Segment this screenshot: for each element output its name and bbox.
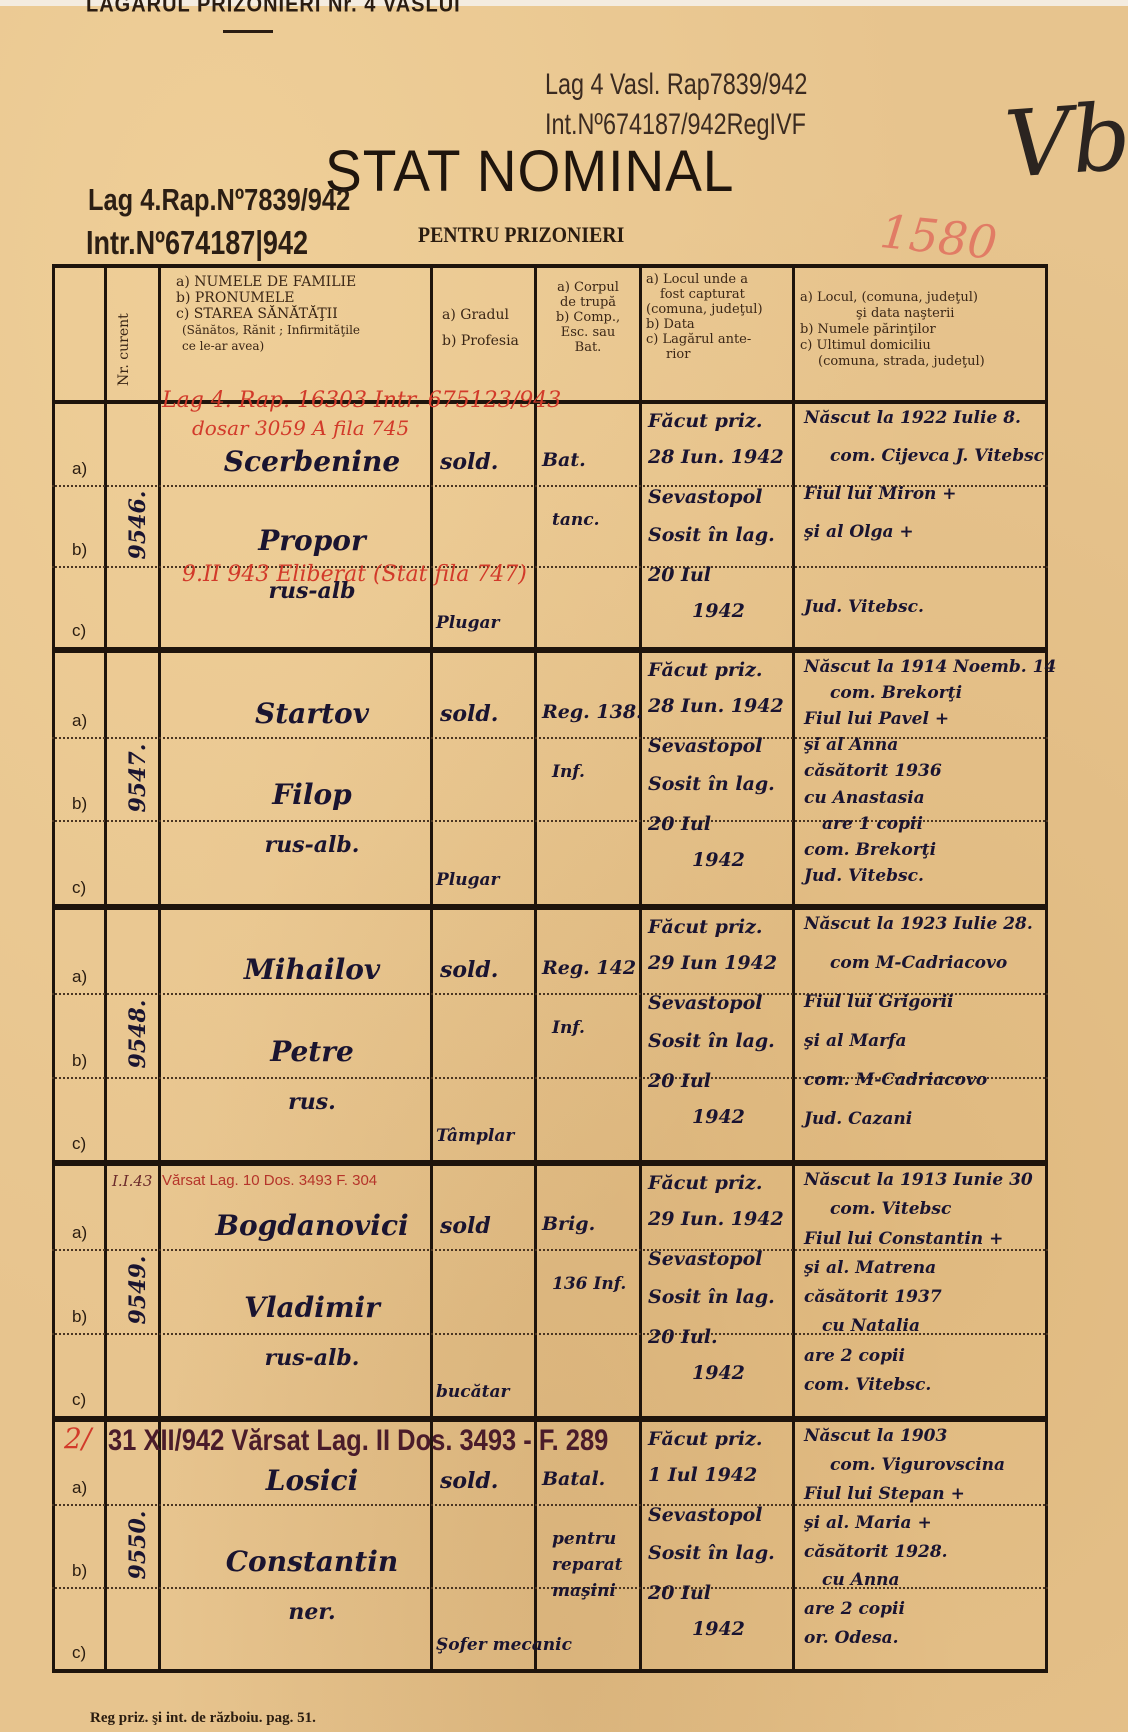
header-line: b) Profesia — [442, 328, 519, 354]
profession: bucătar — [436, 1382, 536, 1402]
birth-line: Născut la 1923 Iulie 28. — [804, 914, 1033, 934]
header-rank-col: a) Gradul b) Profesia — [442, 302, 519, 354]
rank: sold. — [440, 701, 498, 727]
surname: Bogdanovici — [202, 1209, 422, 1242]
capture-line: 20 Iul — [648, 1582, 711, 1604]
birth-line: Născut la 1913 Iunie 30 — [804, 1170, 1033, 1190]
row-divider — [52, 1160, 1048, 1166]
page-title: STAT NOMINAL — [325, 138, 734, 205]
header-line: b) PRONUMELE — [176, 290, 426, 306]
header-nr-curent: Nr. curent — [116, 313, 132, 386]
birth-line: Născut la 1914 Noemb. 14 — [804, 657, 1056, 677]
sub-label: b) — [72, 794, 87, 814]
birth-line: cu Anna — [822, 1570, 900, 1590]
header-line: rior — [646, 347, 792, 362]
birth-line: Fiul lui Constantin + — [804, 1229, 1003, 1249]
sub-label: a) — [72, 1223, 87, 1243]
capture-line: 1942 — [692, 849, 745, 871]
surname: Losici — [202, 1464, 422, 1497]
birth-line: cu Anastasia — [804, 788, 925, 808]
capture-line: 20 Iul — [648, 813, 711, 835]
sub-label: c) — [72, 1643, 86, 1663]
red-annotation: 2/ — [64, 1422, 91, 1455]
header-line: (Sănătos, Rănit ; Infirmităţile — [176, 322, 426, 338]
capture-line: Făcut priz. — [648, 916, 763, 938]
stamp-line-2: Int.Nº674187/942RegIVF — [545, 108, 806, 142]
birth-line: com. Brekorţi — [830, 683, 962, 703]
capture-line: 1 Iul 1942 — [648, 1464, 757, 1486]
sub-label: a) — [72, 967, 87, 987]
col-line — [1045, 264, 1048, 1673]
capture-line: 28 Iun. 1942 — [648, 446, 784, 468]
header-line: a) Gradul — [442, 302, 519, 328]
capture-line: 29 Iun. 1942 — [648, 1208, 784, 1230]
margin-handwritten-note: VbO — [1002, 78, 1128, 199]
table-border-top — [52, 264, 1048, 268]
header-line: b) Numele părinţilor — [800, 322, 1046, 338]
birth-line: căsătorit 1937 — [804, 1287, 942, 1307]
capture-line: Sevastopol — [648, 1248, 762, 1270]
row-divider — [52, 904, 1048, 910]
birth-line: Fiul lui Grigorii — [804, 992, 954, 1012]
birth-line: Jud. Vitebsc. — [804, 866, 924, 886]
birth-line: Născut la 1922 Iulie 8. — [804, 408, 1021, 428]
sub-label: c) — [72, 621, 86, 641]
red-sheet-number: 1580 — [877, 204, 999, 270]
header-underline — [223, 30, 273, 33]
header-line: a) Locul unde a — [646, 272, 792, 287]
profession: Plugar — [436, 613, 536, 633]
sub-label: b) — [72, 1307, 87, 1327]
header-line: c) Ultimul domiciliu — [800, 338, 1046, 354]
birth-line: are 2 copii — [804, 1346, 905, 1366]
surname: Scerbenine — [202, 445, 422, 478]
red-annotation: I.I.43 — [112, 1172, 152, 1190]
red-annotation: Lag 4. Rap. 16303 Intr. 675123/943 — [162, 388, 561, 413]
capture-line: Sevastopol — [648, 735, 762, 757]
capture-line: 28 Iun. 1942 — [648, 695, 784, 717]
birth-line: şi al Olga + — [804, 522, 914, 542]
birth-line: com. M-Cadriacovo — [804, 1070, 987, 1090]
surname: Startov — [202, 697, 422, 730]
sub-label: c) — [72, 1134, 86, 1154]
sub-label: a) — [72, 1478, 87, 1498]
header-line: Esc. sau — [542, 325, 634, 340]
birth-line: căsătorit 1928. — [804, 1542, 948, 1562]
unit-corps: Reg. 138. — [542, 701, 643, 723]
sub-label: c) — [72, 878, 86, 898]
unit-corps: Reg. 142 — [542, 957, 636, 979]
unit-company: Inf. — [552, 759, 638, 785]
camp-header: LAGĂRUL PRIZONIERI Nr. 4 VASLUI — [86, 0, 461, 18]
capture-line: Sosit în lag. — [648, 524, 775, 546]
rank: sold — [440, 1213, 491, 1239]
health-status: ner. — [202, 1599, 422, 1625]
red-annotation: dosar 3059 A fila 745 — [192, 416, 409, 440]
header-birth-col: a) Locul, (comuna, judeţul) şi data naşt… — [800, 290, 1046, 370]
capture-line: Sosit în lag. — [648, 1030, 775, 1052]
birth-line: are 1 copii — [822, 814, 923, 834]
header-line: a) NUMELE DE FAMILIE — [176, 274, 426, 290]
col-line — [430, 264, 433, 1673]
birth-line: cu Natalia — [822, 1316, 920, 1336]
capture-line: 29 Iun 1942 — [648, 952, 777, 974]
rank: sold. — [440, 957, 498, 983]
health-status: rus. — [202, 1089, 422, 1115]
header-line: Bat. — [542, 340, 634, 355]
col-line — [104, 264, 107, 1673]
stamp-line-1: Lag 4 Vasl. Rap7839/942 — [545, 68, 807, 102]
header-capture-col: a) Locul unde a fost capturat (comuna, j… — [646, 272, 792, 362]
first-name: Vladimir — [202, 1291, 422, 1324]
header-line: şi data naşterii — [800, 306, 1046, 322]
lag-reference-2: Intr.Nº674187|942 — [86, 224, 308, 262]
capture-line: 20 Iul — [648, 564, 711, 586]
col-line — [792, 264, 795, 1673]
red-annotation: 9.II 943 Eliberat (Stat fila 747) — [182, 562, 527, 587]
first-name: Constantin — [202, 1545, 422, 1578]
sub-label: c) — [72, 1390, 86, 1410]
birth-line: Născut la 1903 — [804, 1426, 947, 1446]
col-line — [534, 264, 537, 1673]
row-number: 9547. — [125, 738, 151, 818]
birth-line: şi al Marfa — [804, 1031, 906, 1051]
first-name: Petre — [202, 1035, 422, 1068]
birth-line: Fiul lui Stepan + — [804, 1484, 965, 1504]
header-name-col: a) NUMELE DE FAMILIE b) PRONUMELE c) STA… — [176, 274, 426, 354]
birth-line: Jud. Cazani — [804, 1109, 912, 1129]
col-line — [52, 264, 55, 1673]
unit-company: Inf. — [552, 1015, 638, 1041]
unit-corps: Brig. — [542, 1213, 595, 1235]
row-number: 9548. — [125, 994, 151, 1074]
birth-line: căsătorit 1936 — [804, 761, 942, 781]
capture-line: Sevastopol — [648, 992, 762, 1014]
transfer-stamp: 31 XII/942 Vărsat Lag. II Dos. 3493 - F.… — [108, 1424, 608, 1458]
header-line: fost capturat — [646, 287, 792, 302]
capture-line: Sosit în lag. — [648, 1286, 775, 1308]
birth-line: Fiul lui Pavel + — [804, 709, 949, 729]
capture-line: Făcut priz. — [648, 1172, 763, 1194]
header-line: a) Locul, (comuna, judeţul) — [800, 290, 1046, 306]
row-dotted-line — [52, 1504, 1048, 1506]
first-name: Propor — [202, 524, 422, 557]
row-number: 9546. — [125, 485, 151, 565]
capture-line: 1942 — [692, 600, 745, 622]
header-line: de trupă — [542, 295, 634, 310]
rank: sold. — [440, 1468, 498, 1494]
birth-line: şi al. Matrena — [804, 1258, 936, 1278]
sub-label: b) — [72, 1561, 87, 1581]
capture-line: Făcut priz. — [648, 1428, 763, 1450]
header-line: (comuna, strada, judeţul) — [800, 354, 1046, 370]
capture-line: Sevastopol — [648, 1504, 762, 1526]
capture-line: 1942 — [692, 1618, 745, 1640]
capture-line: Sosit în lag. — [648, 773, 775, 795]
row-dotted-line — [52, 737, 1048, 739]
unit-company: tanc. — [552, 507, 638, 533]
capture-line: Făcut priz. — [648, 410, 763, 432]
unit-company: 136 Inf. — [552, 1271, 638, 1297]
birth-line: com. Vitebsc. — [804, 1375, 931, 1395]
capture-line: Făcut priz. — [648, 659, 763, 681]
birth-line: com. Vitebsc — [830, 1199, 951, 1219]
header-line: (comuna, judeţul) — [646, 302, 792, 317]
birth-line: Fiul lui Miron + — [804, 484, 957, 504]
birth-line: are 2 copii — [804, 1599, 905, 1619]
header-line: b) Comp., — [542, 310, 634, 325]
header-line: c) Lagărul ante- — [646, 332, 792, 347]
birth-line: or. Odesa. — [804, 1628, 899, 1648]
page-footer: Reg priz. şi int. de războiu. pag. 51. — [90, 1710, 316, 1727]
header-line: a) Corpul — [542, 280, 634, 295]
birth-line: com. Brekorţi — [804, 840, 936, 860]
unit-corps: Batal. — [542, 1468, 605, 1490]
first-name: Filop — [202, 778, 422, 811]
profession: Tâmplar — [436, 1126, 536, 1146]
header-line: b) Data — [646, 317, 792, 332]
rank: sold. — [440, 449, 498, 475]
birth-line: Jud. Vitebsc. — [804, 597, 924, 617]
row-divider — [52, 647, 1048, 653]
unit-corps: Bat. — [542, 449, 586, 471]
birth-line: şi al Anna — [804, 735, 898, 755]
birth-line: com. Cijevca J. Vitebsc — [830, 446, 1044, 466]
header-line: c) STAREA SĂNĂTĂŢII — [176, 306, 426, 322]
sub-label: a) — [72, 711, 87, 731]
capture-line: 1942 — [692, 1106, 745, 1128]
red-annotation: Vărsat Lag. 10 Dos. 3493 F. 304 — [162, 1172, 377, 1189]
row-divider — [52, 1416, 1048, 1422]
col-line — [639, 264, 642, 1673]
health-status: rus-alb. — [202, 832, 422, 858]
row-dotted-line — [52, 1249, 1048, 1251]
profession: Şofer mecanic — [436, 1635, 536, 1655]
header-unit-col: a) Corpul de trupă b) Comp., Esc. sau Ba… — [542, 280, 634, 355]
capture-line: Sosit în lag. — [648, 1542, 775, 1564]
surname: Mihailov — [202, 953, 422, 986]
capture-line: Sevastopol — [648, 486, 762, 508]
sub-label: a) — [72, 459, 87, 479]
lag-reference-1: Lag 4.Rap.Nº7839/942 — [88, 182, 350, 218]
capture-line: 20 Iul. — [648, 1326, 718, 1348]
sub-label: b) — [72, 540, 87, 560]
health-status: rus-alb. — [202, 1345, 422, 1371]
birth-line: şi al. Maria + — [804, 1513, 932, 1533]
birth-line: com M-Cadriacovo — [830, 953, 1007, 973]
table-border-bottom — [52, 1669, 1048, 1673]
birth-line: com. Vigurovscina — [830, 1455, 1005, 1475]
capture-line: 1942 — [692, 1362, 745, 1384]
col-line — [158, 264, 161, 1673]
profession: Plugar — [436, 870, 536, 890]
prisoner-table: Nr. curent a) NUMELE DE FAMILIE b) PRONU… — [52, 264, 1048, 1673]
row-number: 9550. — [125, 1505, 151, 1585]
unit-company: pentru reparat maşini — [552, 1526, 638, 1604]
row-number: 9549. — [125, 1250, 151, 1330]
capture-line: 20 Iul — [648, 1070, 711, 1092]
sub-label: b) — [72, 1051, 87, 1071]
header-line: ce le-ar avea) — [176, 338, 426, 354]
page-subtitle: PENTRU PRIZONIERI — [418, 222, 624, 248]
